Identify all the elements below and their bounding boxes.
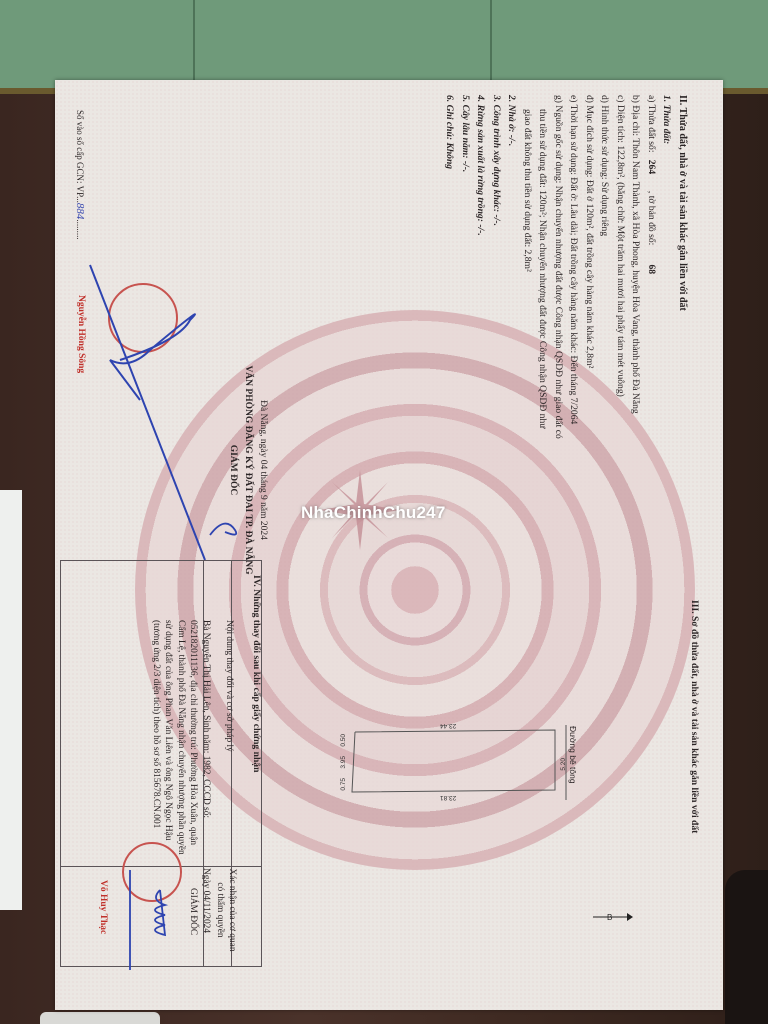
section-4-title: IV. Những thay đổi sau khi cấp giấy chứn… — [251, 575, 262, 772]
parcel-outline — [340, 720, 580, 800]
dim-front: 5.20 — [560, 758, 567, 771]
origin-row-3: giao đất không thu tiền sử dụng đất: 2,8… — [520, 95, 536, 565]
registry-label: Số vào sổ cấp GCN: VP — [75, 110, 85, 196]
svg-text:B: B — [607, 913, 612, 922]
handwritten-mark — [205, 510, 245, 540]
land-parcel-heading: 1. Thửa đất: — [659, 95, 675, 565]
confirmation-role: GIÁM ĐỐC — [187, 868, 200, 935]
section-2-title: II. Thửa đất, nhà ở và tài sản khác gắn … — [675, 95, 691, 565]
confirmation-block: Ngày 04/11/2024 GIÁM ĐỐC — [187, 868, 212, 935]
origin-row-1: g) Nguồn gốc sử dụng: Nhận chuyển nhượng… — [551, 95, 567, 565]
use-purpose-row: đ) Mục đích sử dụng: Đất ở 120m², đất tr… — [582, 95, 598, 565]
use-form-row: d) Hình thức sử dụng: Sử dụng riêng — [597, 95, 613, 565]
column-header-changes: Nội dung thay đổi và cơ sở pháp lý — [224, 620, 234, 752]
road-label: Đường bê tông — [568, 726, 578, 784]
map-sheet-label: , tờ bản đồ số: — [646, 191, 657, 245]
dim-back-a: 0.50 — [340, 734, 347, 747]
perennial-row: 5. Cây lâu năm: -/-. — [458, 95, 474, 565]
map-sheet-number: 68 — [646, 264, 657, 274]
address-row: b) Địa chỉ: Thôn Nam Thành, xã Hòa Phong… — [628, 95, 644, 565]
signature-scribble-2 — [120, 870, 180, 980]
parcel-number-label: a) Thửa đất số: — [646, 95, 657, 153]
area-row: c) Diện tích: 122,8m², (bằng chữ: Một tr… — [613, 95, 629, 565]
house-row: 2. Nhà ở: -/-. — [504, 95, 520, 565]
parcel-number: 264 — [646, 160, 657, 174]
dim-back-c: 0.75 — [340, 778, 347, 791]
registry-number: Số vào sổ cấp GCN: VP...884......... — [74, 110, 86, 240]
confirmation-date: Ngày 04/11/2024 — [200, 868, 213, 935]
other-construction-row: 3. Công trình xây dựng khác: -/-. — [489, 95, 505, 565]
watermark-text: NhaChinhChu247 — [301, 503, 445, 523]
dim-top: 23.44 — [440, 722, 456, 729]
bottom-object — [40, 1012, 160, 1024]
forest-row: 4. Rừng sản xuất là rừng trồng: -/-. — [473, 95, 489, 565]
origin-row-2: thu tiền sử dụng đất: 120m²; Nhận chuyển… — [535, 95, 551, 565]
signer-name-2: Võ Huy Thạc — [98, 880, 108, 934]
note-row: 6. Ghi chú: Không — [442, 95, 458, 565]
north-arrow-icon: B — [593, 912, 633, 922]
wall-seam — [193, 0, 195, 92]
wall-seam — [490, 0, 492, 92]
section-2-land-info: II. Thửa đất, nhà ở và tài sản khác gắn … — [442, 95, 690, 565]
dark-object — [725, 870, 768, 1024]
section-3-title: III. Sơ đồ thửa đất, nhà ở và tài sản kh… — [689, 600, 700, 833]
registry-value: 884 — [74, 203, 86, 220]
column-header-confirmation: Xác nhận của cơ quan có thẩm quyền — [214, 865, 238, 955]
background-wall — [0, 0, 768, 92]
parcel-number-row: a) Thửa đất số: 264 , tờ bản đồ số: 68 — [644, 95, 660, 565]
dim-bottom: 23.81 — [440, 794, 456, 801]
side-paper — [0, 490, 22, 910]
parcel-diagram: 23.44 23.81 5.20 0.50 3.95 0.75 — [340, 720, 580, 800]
use-term-row: e) Thời hạn sử dụng: Đất ở: Lâu dài; Đất… — [566, 95, 582, 565]
dim-back-b: 3.95 — [340, 756, 347, 769]
signature-scribble-1 — [60, 260, 220, 580]
